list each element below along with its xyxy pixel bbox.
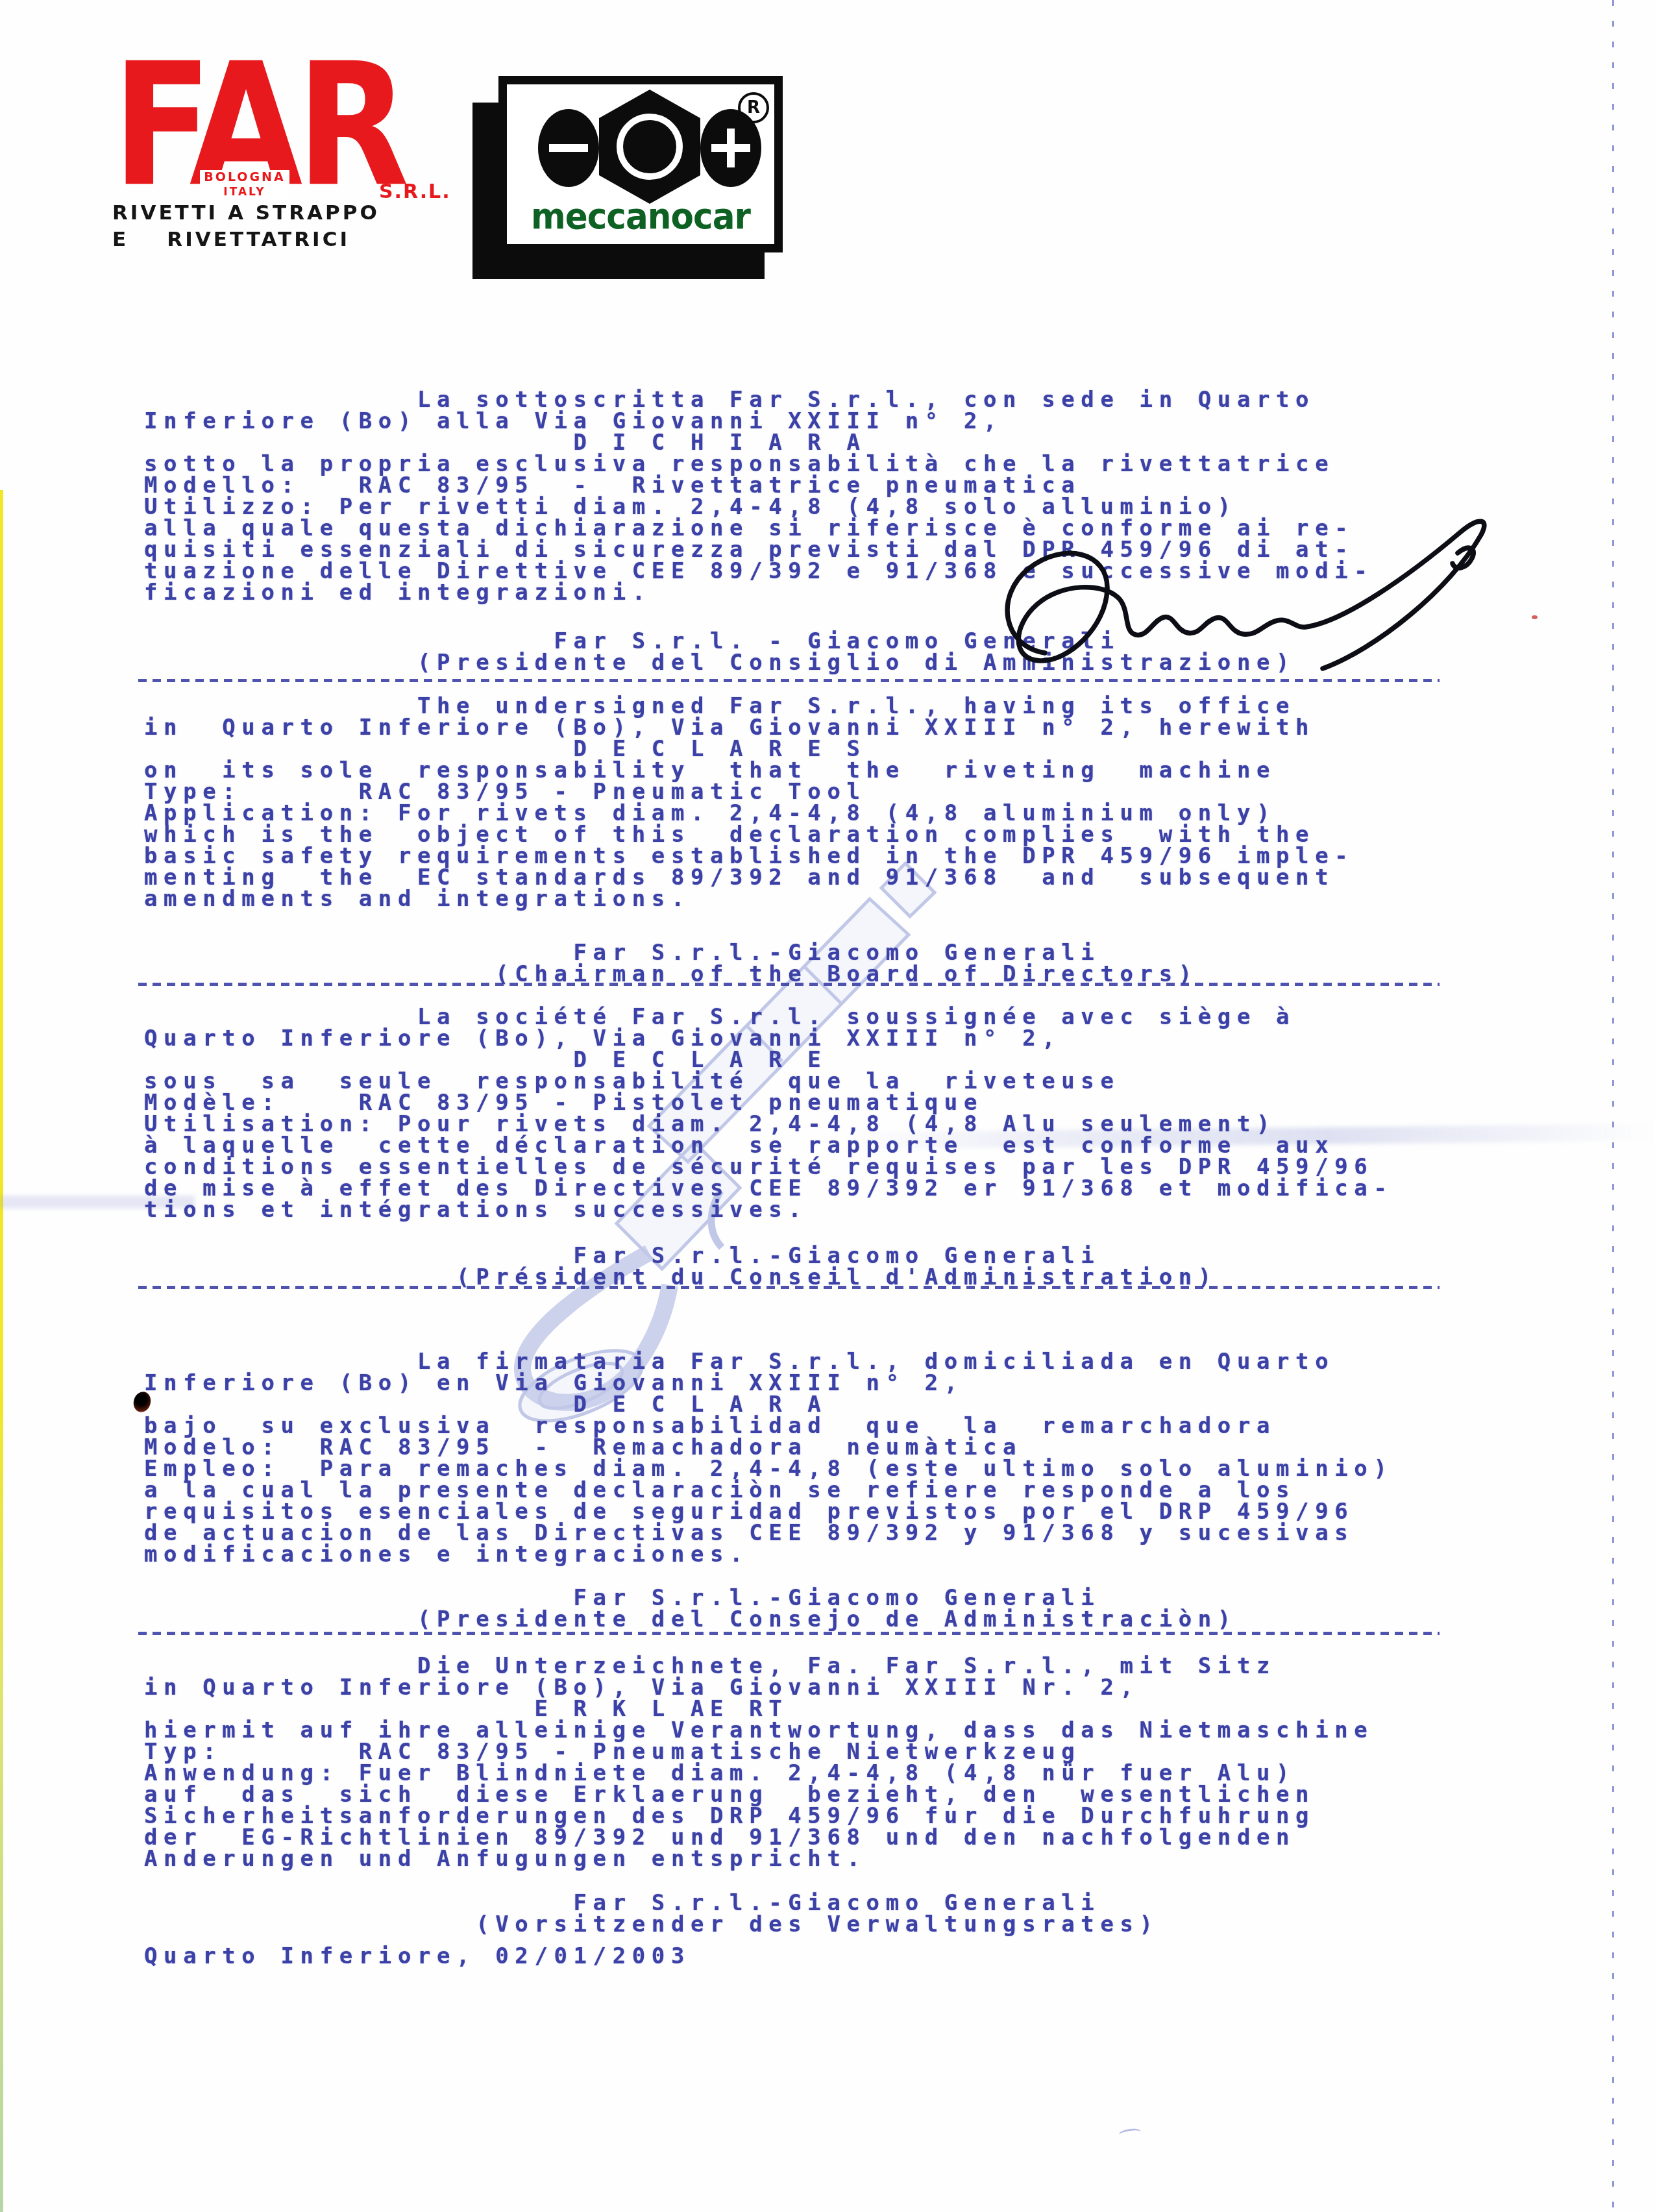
- far-logo-suffix: S.R.L.: [379, 180, 451, 203]
- scan-speck: [1118, 2128, 1141, 2139]
- declaration-body-french: La société Far S.r.l. soussignée avec si…: [144, 1007, 1393, 1221]
- declaration-body-english: The undersigned Far S.r.l., having its o…: [144, 696, 1354, 910]
- handwritten-signature: [967, 498, 1538, 693]
- minus-glyph: [549, 144, 588, 152]
- far-tagline-1: RIVETTI A STRAPPO: [112, 201, 380, 225]
- dashed-separator: [138, 1286, 1440, 1289]
- scanned-document-page: FAR BOLOGNA ITALY S.R.L. RIVETTI A STRAP…: [0, 0, 1655, 2212]
- far-tagline-2: E RIVETTATRICI: [112, 228, 350, 251]
- far-logo-city: BOLOGNA: [200, 170, 289, 185]
- minus-ellipse-icon: [538, 109, 599, 187]
- hex-nut-ring-icon: [591, 84, 708, 214]
- signature-block-spanish: Far S.r.l.-Giacomo Generali (Presidente …: [144, 1588, 1237, 1630]
- signature-block-german: Far S.r.l.-Giacomo Generali (Vorsitzende…: [144, 1893, 1159, 1935]
- scan-edge-dotted-line: [1612, 0, 1614, 2212]
- dashed-separator: [138, 983, 1440, 986]
- plus-glyph-v: [727, 129, 735, 167]
- dashed-separator: [138, 1632, 1440, 1635]
- meccanocar-wordmark: meccanocar: [517, 195, 763, 238]
- signature-block-french: Far S.r.l.-Giacomo Generali (Président d…: [144, 1246, 1218, 1288]
- far-logo-letters: FAR: [112, 62, 386, 186]
- place-date-line: Quarto Inferiore, 02/01/2003: [144, 1946, 691, 1967]
- signature-block-english: Far S.r.l.-Giacomo Generali (Chairman of…: [144, 942, 1198, 985]
- declaration-body-spanish: La firmataria Far S.r.l., domiciliada en…: [144, 1351, 1393, 1566]
- far-logo-city-window: BOLOGNA ITALY: [200, 170, 289, 201]
- scan-edge-artifact-left: [0, 490, 3, 2212]
- meccanocar-logo-box: R meccanocar: [498, 76, 783, 252]
- registered-trademark-icon: R: [738, 92, 769, 123]
- declaration-body-german: Die Unterzeichnete, Fa. Far S.r.l., mit …: [144, 1656, 1373, 1870]
- far-logo-country: ITALY: [200, 185, 289, 199]
